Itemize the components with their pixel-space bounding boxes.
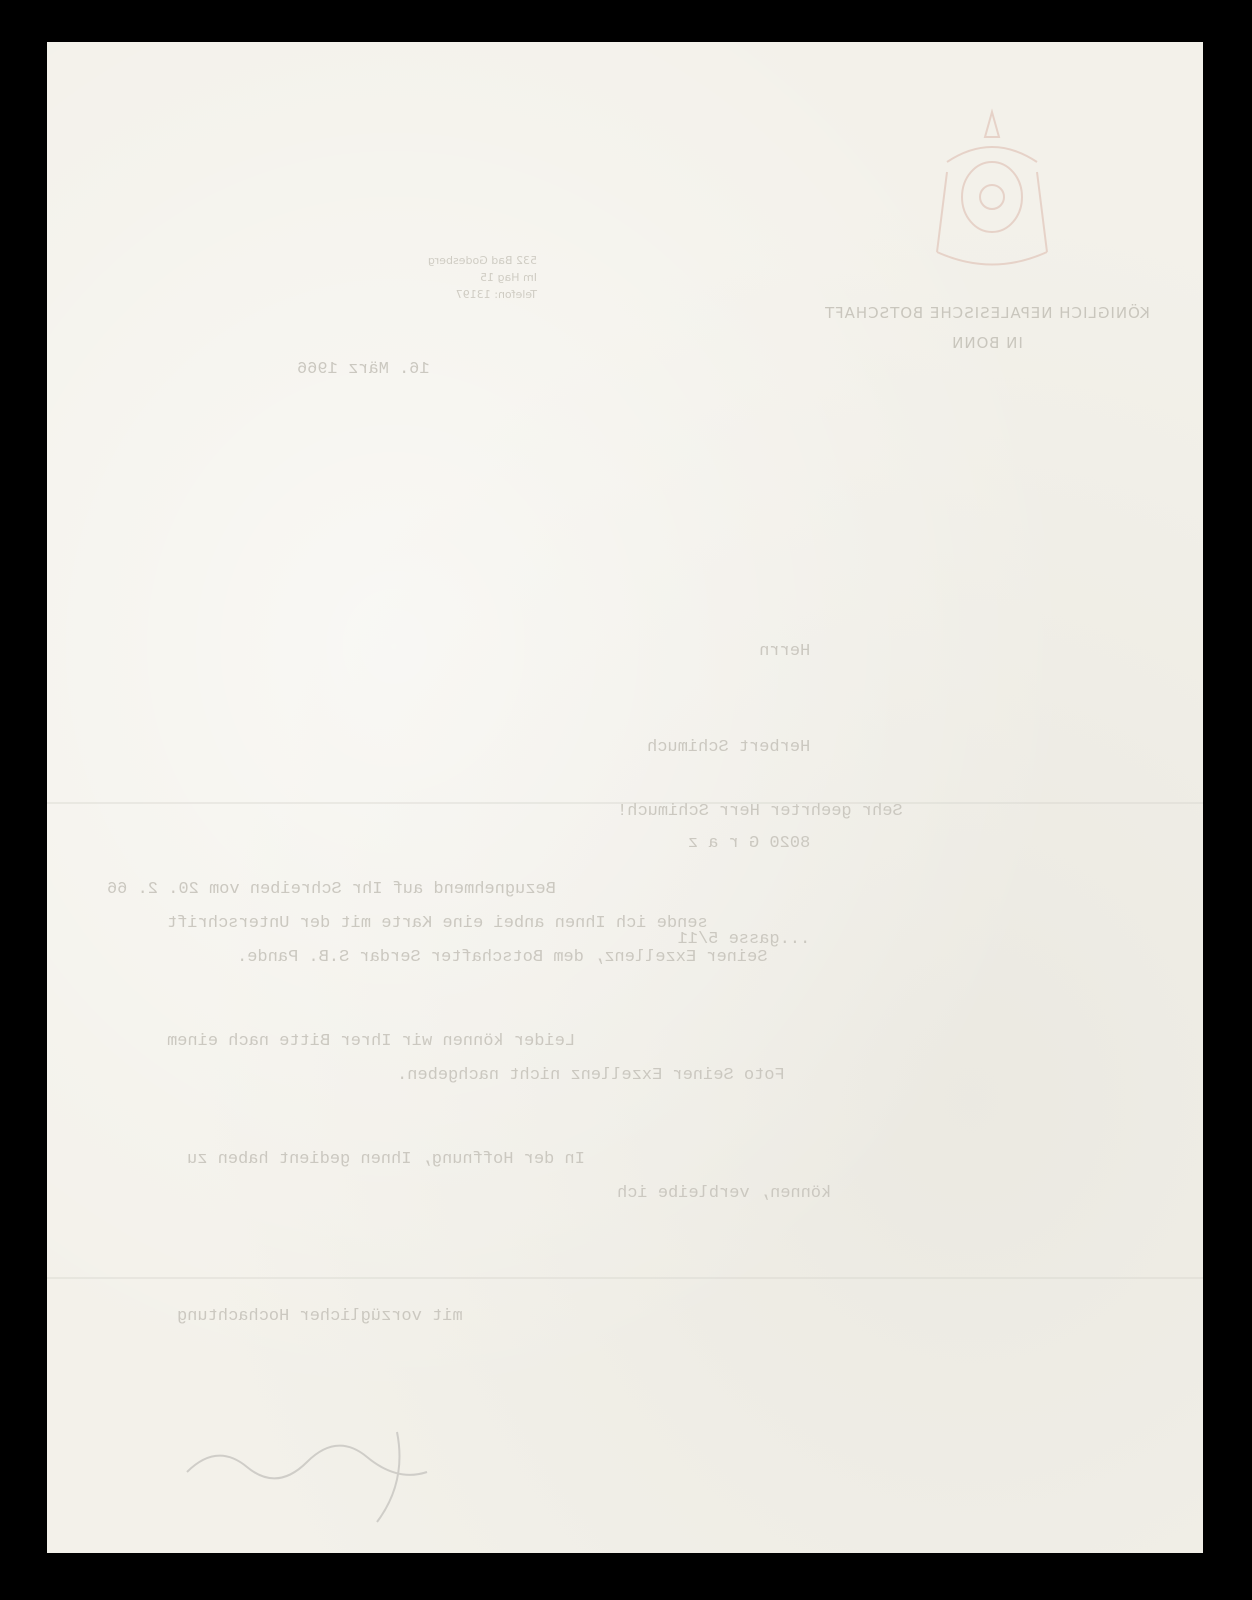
address-line: Telefon: 13197 — [337, 286, 537, 303]
address-line: Im Hag 15 — [337, 269, 537, 286]
recipient-line: 8020 G r a z — [647, 828, 810, 860]
recipient-line: Herbert Schimuch — [647, 732, 810, 764]
body-line: Bezugnehmend auf Ihr Schreiben vom 20. 2… — [107, 880, 556, 899]
body-line: Seiner Exzellenz, dem Botschafter Serdar… — [237, 948, 768, 967]
letterhead-title: Königlich Nepalesische Botschaft — [777, 304, 1197, 322]
letter-date: 16. März 1966 — [297, 360, 430, 379]
coat-of-arms-icon — [907, 102, 1077, 272]
letter-paper: Königlich Nepalesische Botschaft in Bonn… — [47, 42, 1203, 1553]
body-line: In der Hoffnung, Ihnen gedient haben zu — [187, 1150, 585, 1169]
fold-line — [47, 1277, 1203, 1279]
body-line: Leider können wir Ihrer Bitte nach einem — [167, 1032, 575, 1051]
body-line: Foto Seiner Exzellenz nicht nachgeben. — [397, 1066, 785, 1085]
letterhead-subtitle: in Bonn — [917, 334, 1057, 352]
sender-address: 532 Bad Godesberg Im Hag 15 Telefon: 131… — [337, 252, 537, 303]
salutation: Sehr geehrter Herr Schimuch! — [617, 802, 903, 821]
signature-icon — [177, 1412, 477, 1532]
closing: mit vorzüglicher Hochachtung — [177, 1307, 463, 1326]
body-line: können, verbleibe ich — [617, 1184, 831, 1203]
body-line: sende ich Ihnen anbei eine Karte mit der… — [167, 914, 708, 933]
address-line: 532 Bad Godesberg — [337, 252, 537, 269]
recipient-line: Herrn — [647, 636, 810, 668]
